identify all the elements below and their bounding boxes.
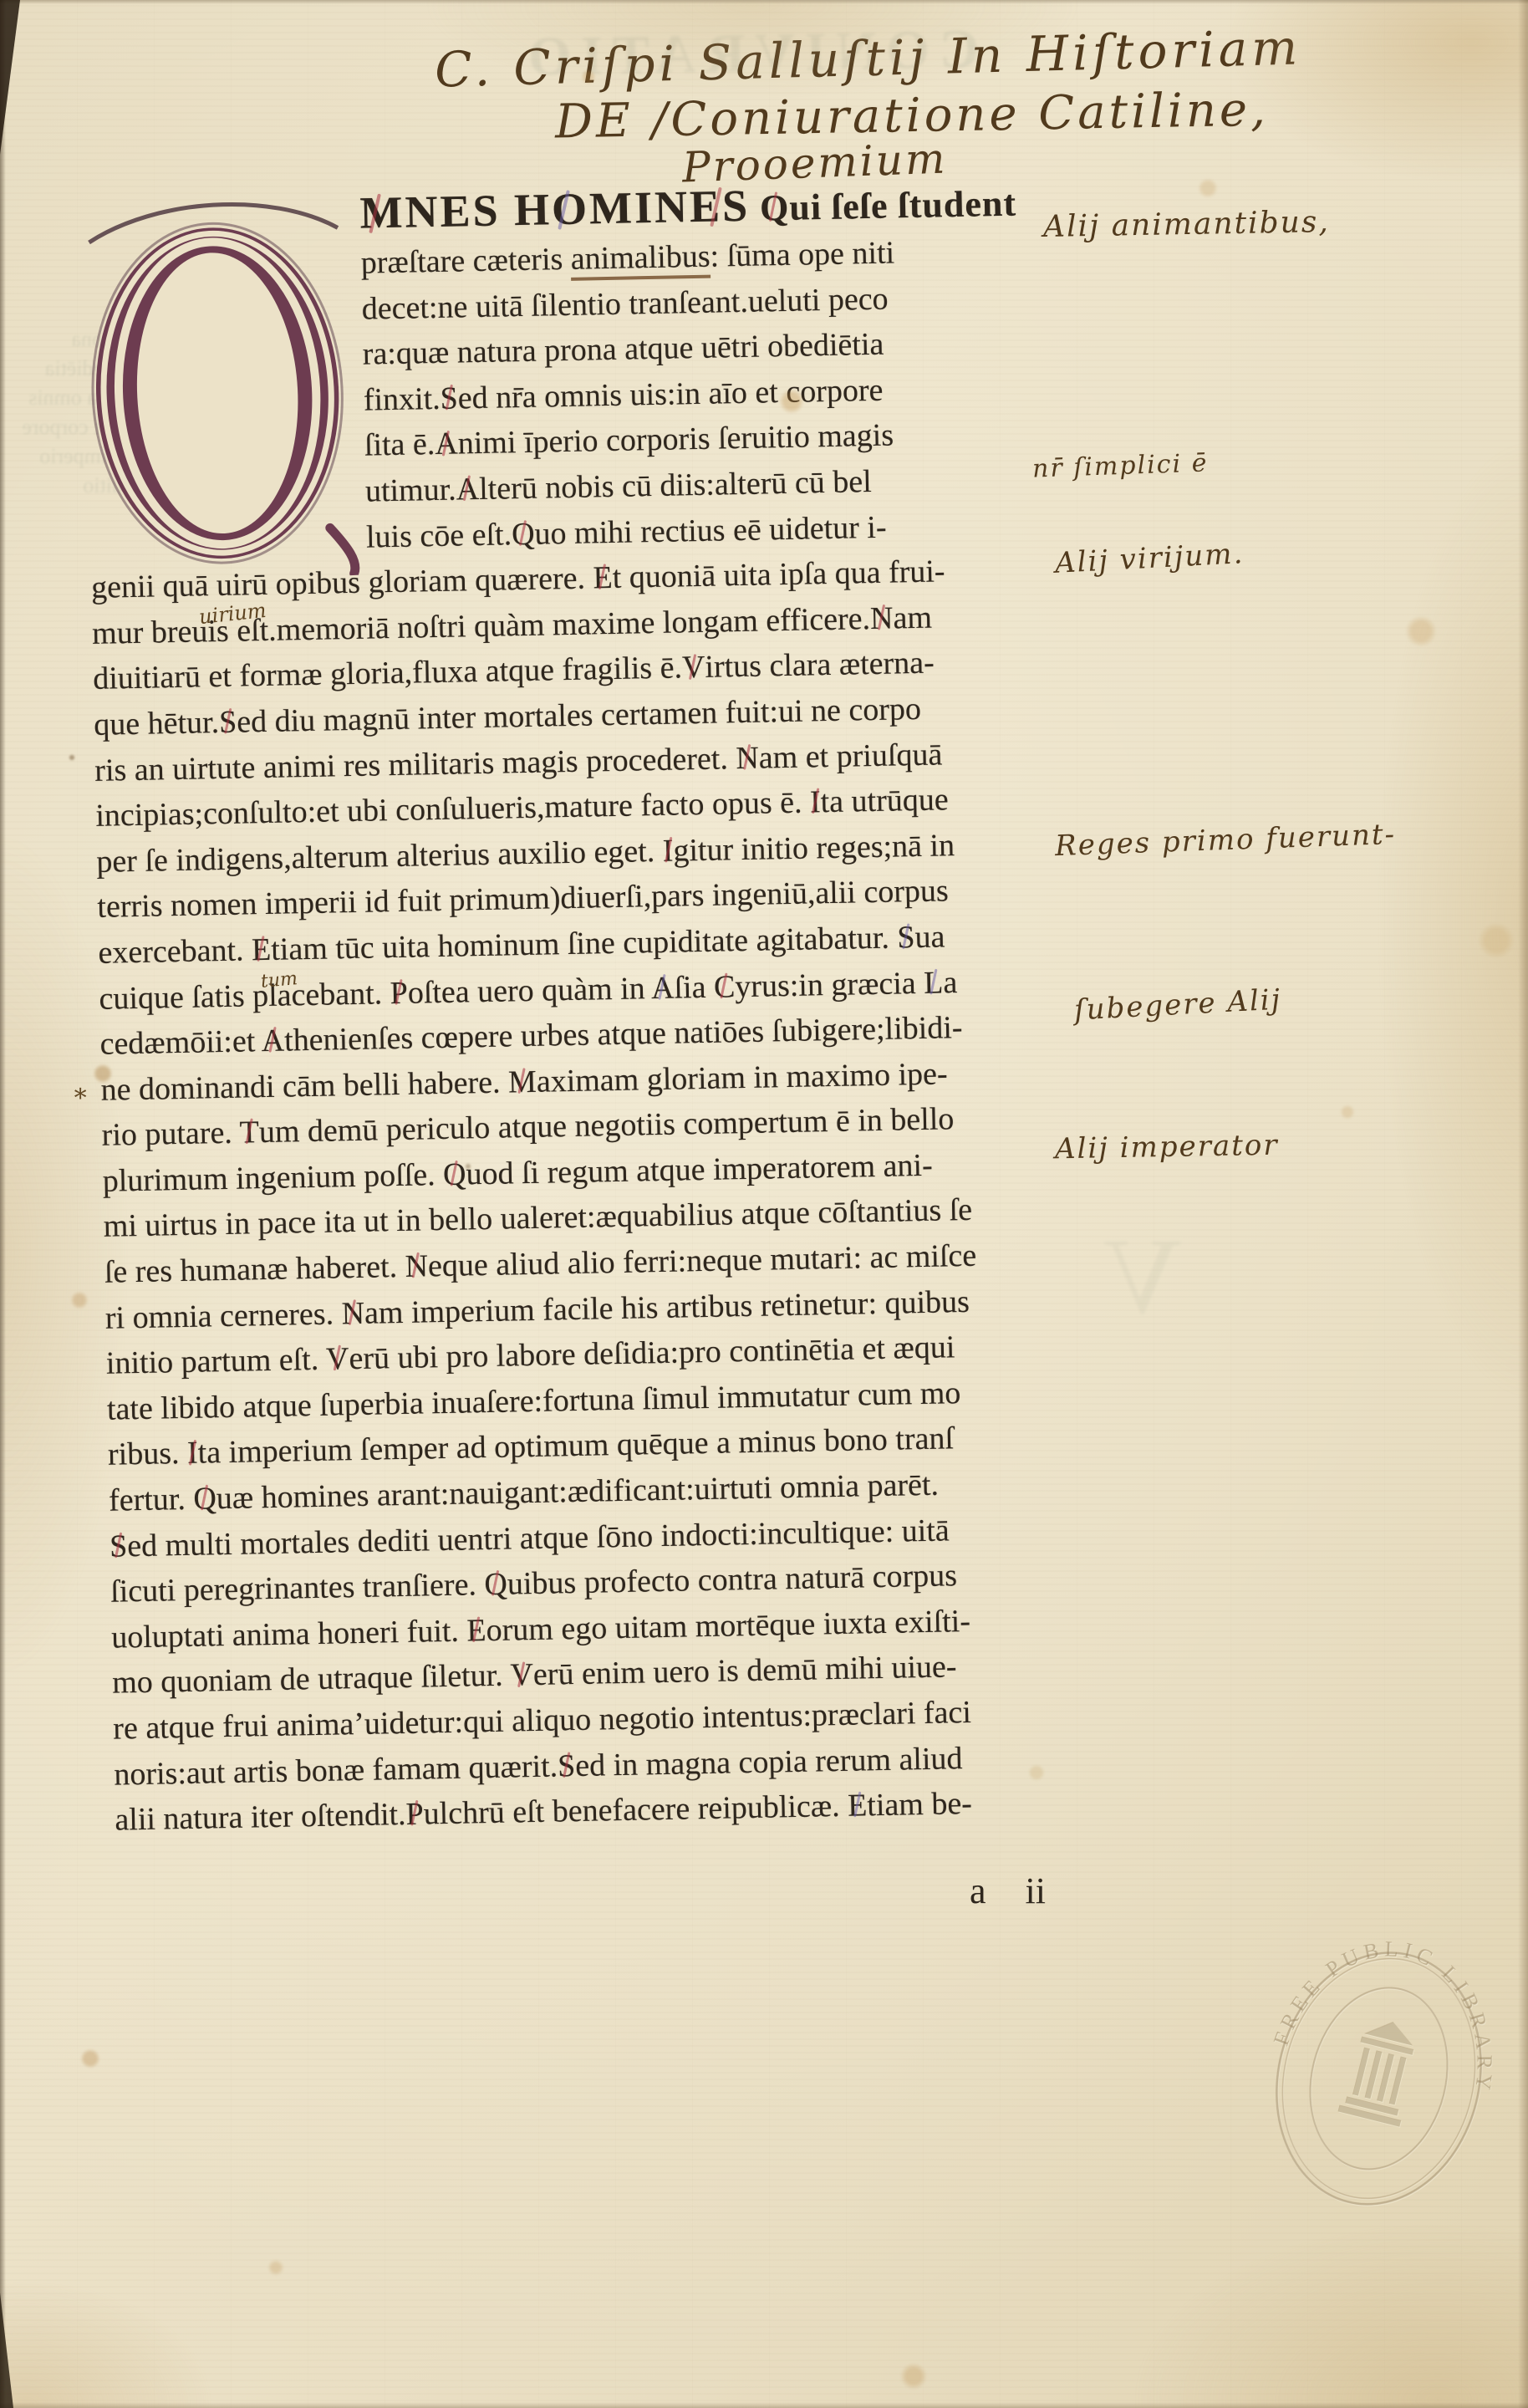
quire-signature: a ii (970, 1870, 1046, 1912)
rubricated-capital: I (662, 833, 673, 868)
incunabulum-page: CONIVRATIO quæ natura prona atque uētri … (0, 0, 1528, 2408)
rubricated-capital: V (510, 1657, 533, 1693)
rubricated-capital: N (736, 740, 759, 776)
rubricated-capital: P (390, 975, 408, 1010)
rubricated-capital: V (682, 650, 705, 686)
rubricated-capital: N (341, 1295, 364, 1331)
margin-note: Alij imperator (1055, 1129, 1279, 1166)
rubricated-capital: A (456, 472, 479, 508)
text-block-lines: præſtare cæteris animalibus: ſūma ope ni… (84, 227, 1126, 1844)
rubricated-capital: I (187, 1436, 198, 1471)
temple-emblem-icon (1338, 2014, 1424, 2127)
rubricated-capital: Q (760, 187, 790, 229)
rubricated-capital: E (848, 1788, 868, 1824)
rubricated-capital: M (508, 1064, 537, 1099)
rubricated-capital: S (558, 1748, 576, 1783)
rubricated-capital: S (897, 920, 915, 955)
rubricated-capital: S (110, 1528, 128, 1564)
rubricated-capital: Q (443, 1156, 466, 1192)
rubricated-capital: V (326, 1341, 349, 1377)
headline-rest: Qui ſeſe ſtudent (750, 183, 1017, 229)
rubricated-capital: P (405, 1797, 424, 1832)
dark-edge-top-left (0, 0, 20, 155)
interlinear-note: tum (260, 968, 298, 992)
rubricated-capital: L (924, 965, 944, 1000)
margin-note: nr̄ ſimplici ē (1031, 448, 1209, 483)
rubricated-capital: C (714, 969, 736, 1004)
rubricated-capital: Q (193, 1481, 216, 1517)
interlinear-note: ∗ (72, 1079, 89, 1108)
rubricated-capital: N (405, 1248, 428, 1284)
rubricated-capital: S (440, 380, 458, 416)
rubricated-capital: Q (512, 516, 535, 552)
rubricated-capital: A (435, 426, 458, 462)
rubricated-capital: I (810, 784, 821, 819)
rubricated-capital: A (261, 1023, 284, 1059)
library-emboss-stamp: FREE PUBLIC LIBRARY (1202, 1890, 1528, 2264)
printed-text-block: MNES HOMINES Qui ſeſe ſtudent præſtare c… (84, 171, 1127, 1844)
rubricated-capital: T (239, 1115, 259, 1150)
dark-edge-bottom-left (0, 2293, 13, 2408)
rubricated-capital: Q (484, 1567, 507, 1603)
rubricated-capital: A (651, 970, 675, 1006)
rubricated-capital: N (870, 600, 894, 636)
headline-caps: MNES HOMINES (359, 178, 751, 241)
rubricated-capital: E (466, 1613, 486, 1648)
rubricated-capital: E (593, 560, 613, 595)
rubricated-capital: E (252, 932, 272, 967)
ink-underlined-word: animalibus (570, 239, 711, 281)
margin-note: Alij animantibus, (1043, 205, 1330, 244)
rubricated-capital: S (219, 705, 237, 740)
